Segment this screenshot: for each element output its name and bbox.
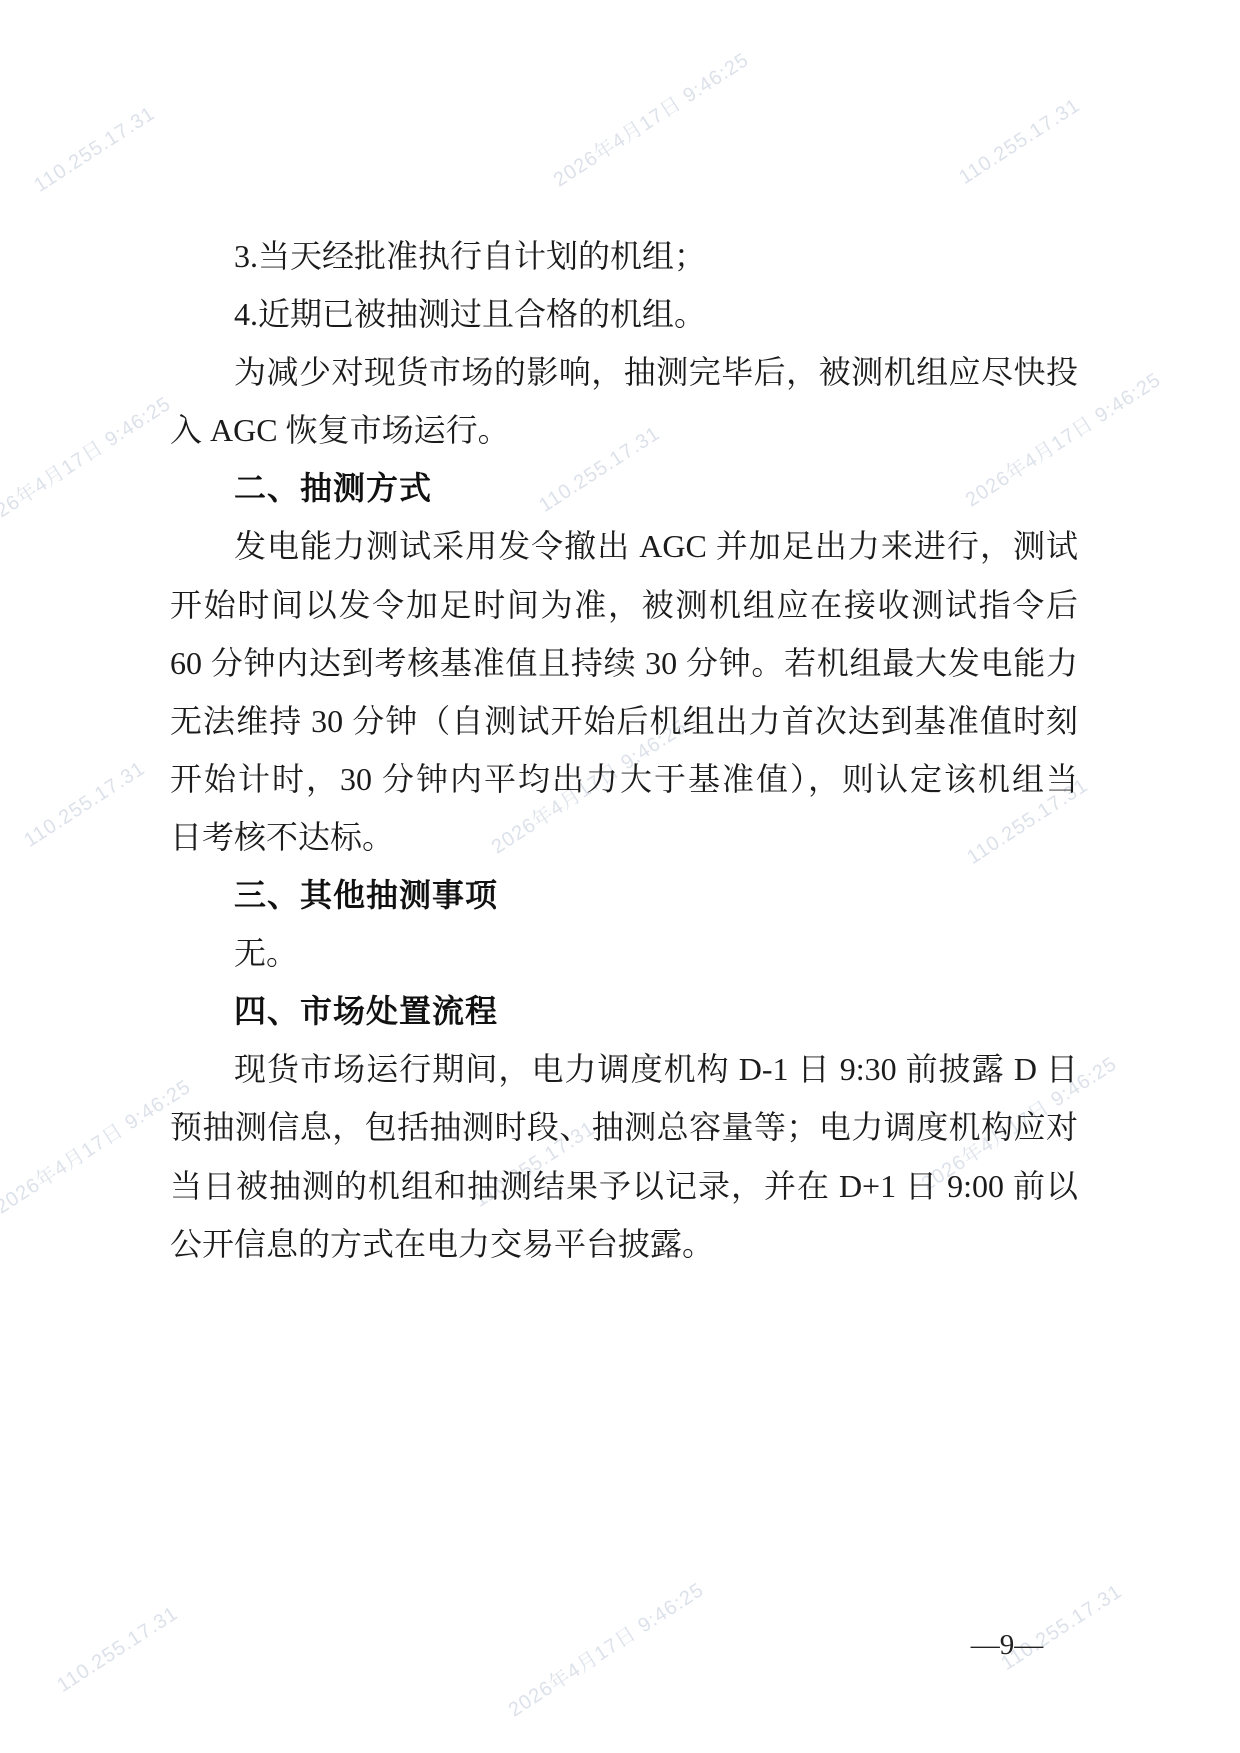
watermark-ip-text: 110.255.17.31 [955,94,1084,189]
text-line: 发电能力测试采用发令撤出 AGC 并加足出力来进行，测试 [170,517,1078,575]
watermark-ip-text: 110.255.17.31 [53,1602,182,1697]
section-heading: 四、市场处置流程 [170,982,1078,1040]
text-line: 现货市场运行期间，电力调度机构 D-1 日 9:30 前披露 D 日 [170,1040,1078,1098]
text-line: 3.当天经批准执行自计划的机组； [170,227,1078,285]
page-number: —9— [952,1630,1062,1660]
watermark-ip-text: 110.255.17.31 [997,1580,1126,1675]
section-heading: 二、抽测方式 [170,459,1078,517]
text-line: 当日被抽测的机组和抽测结果予以记录，并在 D+1 日 9:00 前以 [170,1157,1078,1215]
text-line: 开始计时，30 分钟内平均出力大于基准值），则认定该机组当 [170,750,1078,808]
text-line: 公开信息的方式在电力交易平台披露。 [170,1215,1078,1273]
text-line: 60 分钟内达到考核基准值且持续 30 分钟。若机组最大发电能力 [170,634,1078,692]
watermark-ip-text: 110.255.17.31 [30,102,159,197]
text-line: 开始时间以发令加足时间为准，被测机组应在接收测试指令后 [170,576,1078,634]
text-line: 入 AGC 恢复市场运行。 [170,401,1078,459]
watermark-timestamp-text: 2026年4月17日 9:46:25 [546,44,753,193]
text-line: 4.近期已被抽测过且合格的机组。 [170,285,1078,343]
watermark-timestamp-text: 2026年4月17日 9:46:25 [0,388,176,537]
section-heading: 三、其他抽测事项 [170,866,1078,924]
watermark-ip-text: 110.255.17.31 [20,757,149,852]
text-line: 为减少对现货市场的影响，抽测完毕后，被测机组应尽快投 [170,343,1078,401]
document-page: 110.255.17.312026年4月17日 9:46:25110.255.1… [0,0,1240,1753]
watermark-timestamp-text: 2026年4月17日 9:46:25 [501,1574,708,1723]
text-line: 无法维持 30 分钟（自测试开始后机组出力首次达到基准值时刻 [170,692,1078,750]
text-line: 无。 [170,924,1078,982]
watermark-timestamp-text: 2026年4月17日 9:46:25 [0,1071,196,1220]
document-body: 3.当天经批准执行自计划的机组；4.近期已被抽测过且合格的机组。为减少对现货市场… [170,227,1078,1273]
text-line: 日考核不达标。 [170,808,1078,866]
text-line: 预抽测信息，包括抽测时段、抽测总容量等；电力调度机构应对 [170,1098,1078,1156]
